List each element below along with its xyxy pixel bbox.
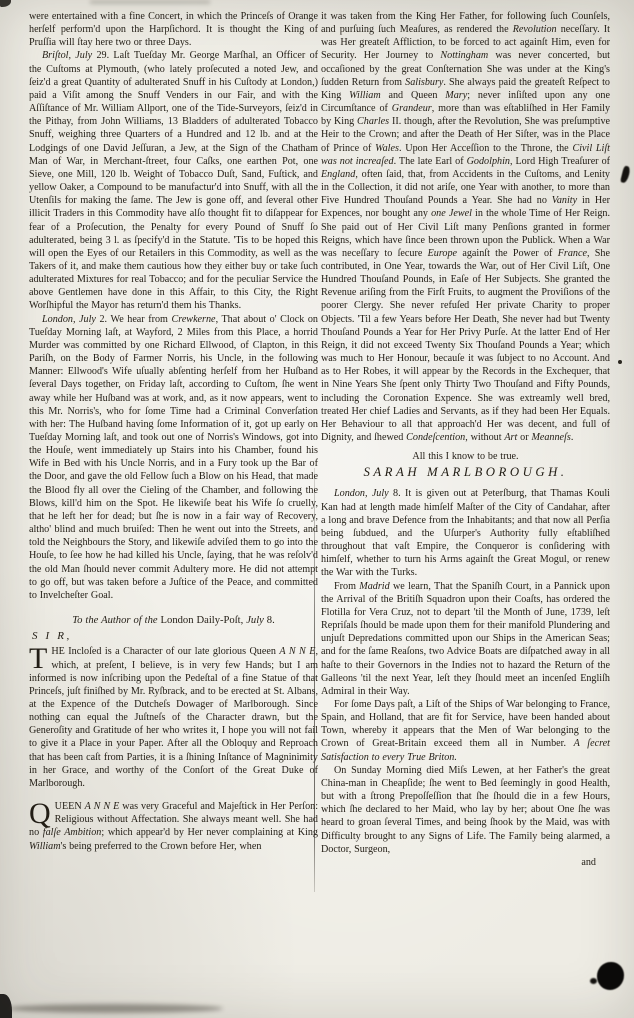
- dropcap-T: T: [29, 645, 51, 671]
- para-character-intro: THE Incloſed is a Character of our late …: [29, 645, 318, 790]
- para-bristol-snuff-seizure: Briſtol, July 29. Laſt Tueſday Mr. Georg…: [29, 49, 318, 312]
- ink-blot: [597, 962, 624, 990]
- para-ships-of-war-list: For ſome Days paſt, a Liſt of the Ships …: [321, 698, 610, 764]
- bottom-edge-smudge: [8, 1004, 223, 1013]
- attestation-line: All this I know to be true.: [321, 450, 610, 463]
- ink-blot-speck: [590, 978, 597, 984]
- para-queen-anne-text: UEEN A N N E was very Graceful and Majeſ…: [29, 801, 318, 851]
- para-madrid-news: From Madrid we learn, That the Spaniſh C…: [321, 580, 610, 698]
- letter-address-line: To the Author of the London Daily-Poſt, …: [29, 614, 318, 627]
- para-crewkerne-murder: London, July 2. We hear from Crewkerne, …: [29, 313, 318, 602]
- column-rule: [314, 468, 315, 892]
- para-queen-anne-character-continuation: it was taken from the King Her Father, f…: [321, 10, 610, 444]
- para-queen-anne-character: QUEEN A N N E was very Graceful and Maje…: [29, 800, 318, 853]
- letter-salutation: S I R,: [32, 630, 318, 643]
- right-column: it was taken from the King Her Father, f…: [321, 10, 610, 869]
- bottom-left-corner-mark: [0, 994, 12, 1018]
- right-edge-ink-mark: [620, 165, 631, 183]
- right-edge-speck: [618, 360, 622, 364]
- dropcap-Q: Q: [29, 800, 55, 826]
- left-column: were entertained with a fine Concert, in…: [29, 10, 318, 853]
- catchword: and: [321, 856, 610, 869]
- signature-sarah-marlborough: SARAH MARLBOROUGH.: [321, 466, 610, 479]
- top-left-corner-mark: [0, 0, 11, 7]
- para-miss-lewen-death: On Sunday Morning died Miſs Lewen, at he…: [321, 764, 610, 856]
- para-character-intro-text: HE Incloſed is a Character of our late g…: [29, 646, 318, 789]
- top-edge-smudge: [90, 0, 210, 4]
- para-concert-continuation: were entertained with a fine Concert, in…: [29, 10, 318, 49]
- para-petersburg-news: London, July 8. It is given out at Peter…: [321, 487, 610, 579]
- newspaper-page-scan: were entertained with a fine Concert, in…: [0, 0, 634, 1018]
